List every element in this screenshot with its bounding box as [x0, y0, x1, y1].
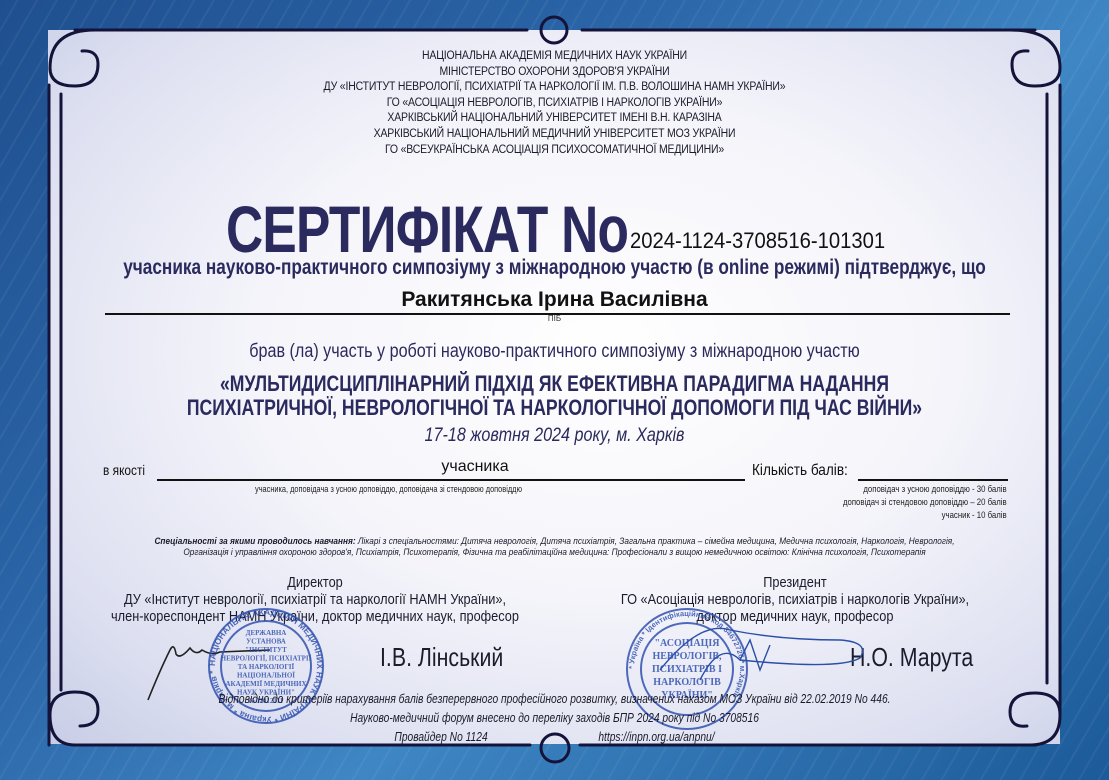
footer-registry-note: Науково-медичний форум внесено до перелі… — [100, 709, 1009, 728]
org-line: ГО «ВСЕУКРАЇНСЬКА АСОЦІАЦІЯ ПСИХОСОМАТИЧ… — [78, 142, 1032, 158]
recipient-name: Ракитянська Ірина Василівна — [0, 288, 1109, 312]
event-title: «МУЛЬТИДИСЦИПЛІНАРНИЙ ПІДХІД ЯК ЕФЕКТИВН… — [111, 372, 998, 420]
certificate-number: 2024-1124-3708516-101301 — [630, 228, 885, 254]
svg-text:НАЦІОНАЛЬНОЇ: НАЦІОНАЛЬНОЇ — [237, 672, 295, 680]
specialties-line: Організація і управління охороною здоров… — [78, 547, 1032, 558]
issuing-organizations: НАЦІОНАЛЬНА АКАДЕМІЯ МЕДИЧНИХ НАУК УКРАЇ… — [78, 48, 1032, 157]
svg-text:ТА НАРКОЛОГІЇ: ТА НАРКОЛОГІЇ — [238, 663, 295, 671]
svg-text:АКАДЕМІЇ МЕДИЧНИХ: АКАДЕМІЇ МЕДИЧНИХ — [225, 680, 306, 688]
org-line: ХАРКІВСЬКИЙ НАЦІОНАЛЬНИЙ МЕДИЧНИЙ УНІВЕР… — [78, 126, 1032, 142]
footer-url[interactable]: https://inpn.org.ua/anpnu/ — [598, 728, 714, 747]
event-title-line: ПСИХІАТРИЧНОЇ, НЕВРОЛОГІЧНОЇ ТА НАРКОЛОГ… — [111, 396, 998, 420]
president-signature — [640, 600, 880, 690]
org-line: НАЦІОНАЛЬНА АКАДЕМІЯ МЕДИЧНИХ НАУК УКРАЇ… — [78, 48, 1032, 64]
participation-text: брав (ла) участь у роботі науково-практи… — [83, 341, 1026, 363]
event-title-line: «МУЛЬТИДИСЦИПЛІНАРНИЙ ПІДХІД ЯК ЕФЕКТИВН… — [111, 372, 998, 396]
svg-text:УСТАНОВА: УСТАНОВА — [246, 638, 286, 646]
role-underline — [157, 479, 745, 481]
svg-text:ДЕРЖАВНА: ДЕРЖАВНА — [246, 629, 287, 637]
org-line: ДУ «ІНСТИТУТ НЕВРОЛОГІЇ, ПСИХІАТРІЇ ТА Н… — [78, 79, 1032, 95]
points-scale-item: учасник - 10 балів — [843, 509, 1007, 522]
footer-cpd-note: Відповідно до критеріїв нарахування балі… — [100, 690, 1009, 709]
points-scale-item: доповідач зі стендовою доповіддю – 20 ба… — [843, 496, 1007, 509]
role-label: в якості — [103, 462, 145, 478]
event-date-place: 17-18 жовтня 2024 року, м. Харків — [83, 425, 1026, 447]
svg-text:"ІНСТИТУТ: "ІНСТИТУТ — [245, 646, 287, 654]
points-label: Кількість балів: — [752, 462, 848, 480]
certificate-title: СЕРТИФІКАТ No — [226, 196, 628, 262]
director-position: Директор — [81, 574, 549, 591]
points-scale-item: доповідач з усною доповіддю - 30 балів — [843, 483, 1007, 496]
points-scale: доповідач з усною доповіддю - 30 балів д… — [807, 483, 1007, 522]
role-value: учасника — [400, 458, 550, 476]
org-line: МІНІСТЕРСТВО ОХОРОНИ ЗДОРОВ'Я УКРАЇНИ — [78, 64, 1032, 80]
org-line: ХАРКІВСЬКИЙ НАЦІОНАЛЬНИЙ УНІВЕРСИТЕТ ІМЕ… — [78, 110, 1032, 126]
director-name: І.В. Лінський — [380, 642, 503, 673]
points-underline — [858, 479, 1008, 481]
footer: Відповідно до критеріїв нарахування балі… — [100, 690, 1009, 747]
specialties-line: Лікарі з спеціальностями: Дитяча невроло… — [358, 536, 955, 547]
certificate-subtitle: учасника науково-практичного симпозіуму … — [100, 256, 1009, 280]
president-position: Президент — [595, 574, 995, 591]
name-caption: ПІБ — [0, 314, 1109, 323]
specialties-label: Спеціальності за якими проводилось навча… — [154, 536, 355, 547]
specialties-section: Спеціальності за якими проводилось навча… — [78, 536, 1032, 558]
role-hint: учасника, доповідача з усною доповіддю, … — [255, 484, 522, 494]
footer-provider: Провайдер No 1124 — [394, 728, 487, 747]
svg-text:НЕВРОЛОГІЇ, ПСИХІАТРІЇ: НЕВРОЛОГІЇ, ПСИХІАТРІЇ — [221, 655, 312, 663]
org-line: ГО «АСОЦІАЦІЯ НЕВРОЛОГІВ, ПСИХІАТРІВ І Н… — [78, 95, 1032, 111]
